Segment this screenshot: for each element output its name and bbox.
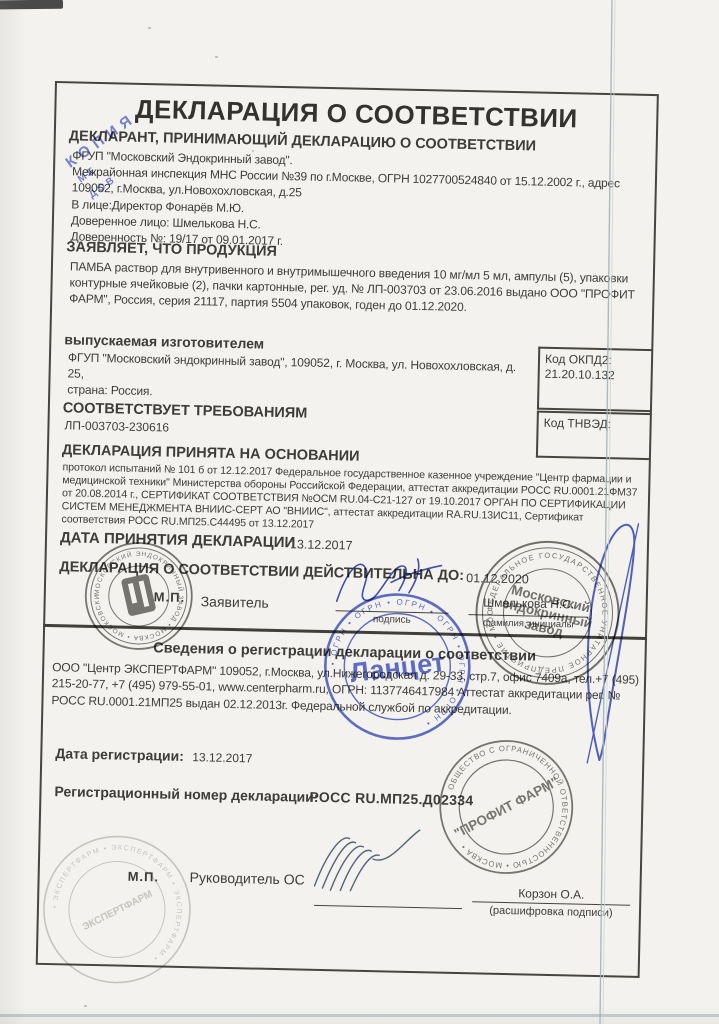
product-heading: ЗАЯВЛЯЕТ, ЧТО ПРОДУКЦИЯ <box>66 239 277 260</box>
applicant-role-label: Заявитель <box>201 593 269 610</box>
manufacturer-details: ФГУП "Московский эндокринный завод", 109… <box>67 349 530 407</box>
adoption-date-value: 13.12.2017 <box>290 537 353 552</box>
tnved-label: Код ТНВЭД: <box>544 416 651 432</box>
registration-date-value: 13.12.2017 <box>192 750 252 765</box>
paper-speck <box>84 1005 87 1007</box>
signature-caption: подпись <box>335 613 448 626</box>
paper-speck <box>148 27 151 29</box>
registration-number-label: Регистрационный номер декларации: <box>54 783 318 805</box>
paper-speck <box>252 150 254 152</box>
head-of-body-role-label: Руководитель ОС <box>189 869 304 888</box>
okpd-value: 21.20.10.132 <box>545 367 652 384</box>
registration-date-label: Дата регистрации: <box>55 745 184 764</box>
registration-number-value: РОСС RU.МП25.Д02334 <box>309 789 473 809</box>
basis-text: протокол испытаний № 101 б от 12.12.2017… <box>61 461 643 539</box>
seal-placeholder-label: М.П. <box>154 589 186 605</box>
signature-line <box>335 593 448 613</box>
product-description: ПАМБА раствор для внутривенного и внутри… <box>69 259 645 319</box>
signature-line <box>314 874 463 909</box>
seal-placeholder-label: М.П. <box>128 869 160 885</box>
adoption-date-label: ДАТА ПРИНЯТИЯ ДЕКЛАРАЦИИ <box>60 529 296 551</box>
svg-text:• ЭКСПЕРТФАРМ • ЭКСПЕРТФАРМ •: • ЭКСПЕРТФАРМ • ЭКСПЕРТФАРМ • ЭКСПЕРТФАР… <box>51 843 184 963</box>
tnved-code-box: Код ТНВЭД: <box>536 411 651 460</box>
round-seal-expertpharm-icon: • ЭКСПЕРТФАРМ • ЭКСПЕРТФАРМ • ЭКСПЕРТФАР… <box>39 832 194 987</box>
registration-body: ООО "Центр ЭКСПЕРТФАРМ" 109052, г.Москва… <box>51 659 639 721</box>
declaration-document: ДЕКЛАРАЦИЯ О СООТВЕТСТВИИ ДЕКЛАРАНТ, ПРИ… <box>36 81 659 978</box>
validity-value: 01.12.2020 <box>466 571 529 586</box>
applicant-name-caption: фамилия, инициалы <box>468 617 588 631</box>
manufacturer-heading: выпускаемая изготовителем <box>64 331 264 351</box>
pen-stroke-loop-icon <box>569 514 666 766</box>
paper-speck <box>215 56 218 58</box>
head-of-body-name-block: Корзон О.А. (расшифровка подписи) <box>472 885 631 919</box>
applicant-name-line: Шмелькова Н.С. <box>468 595 588 618</box>
head-of-body-name-caption: (расшифровка подписи) <box>472 902 630 919</box>
seal-emblem-icon <box>121 573 157 616</box>
validity-label: ДЕКЛАРАЦИЯ О СООТВЕТСТВИИ ДЕЙСТВИТЕЛЬНА … <box>59 559 464 584</box>
svg-text:ЭКСПЕРТФАРМ: ЭКСПЕРТФАРМ <box>81 889 155 933</box>
requirements-value: ЛП-003703-230616 <box>64 418 169 434</box>
scanned-declaration-page: { "title": "ДЕКЛАРАЦИЯ О СООТВЕТСТВИИ", … <box>0 0 719 1024</box>
scan-edge-line <box>0 1014 719 1017</box>
scan-smudge <box>0 0 63 9</box>
okpd-code-box: Код ОКПД2: 21.20.10.132 <box>537 347 652 412</box>
